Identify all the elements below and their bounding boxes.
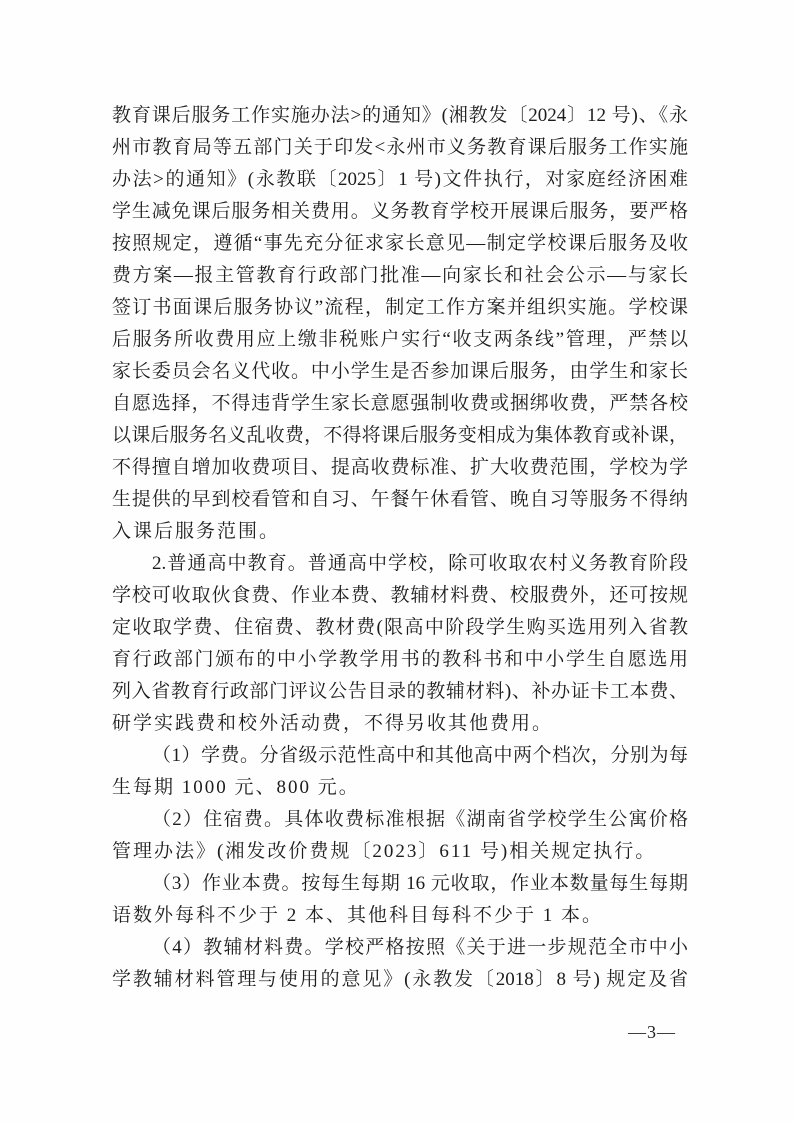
text-line: 研学实践费和校外活动费，不得另收其他费用。 — [112, 708, 688, 740]
text-line: 教育课后服务工作实施办法>的通知》(湘教发〔2024〕12 号)、《永 — [112, 100, 688, 132]
text-line: （2）住宿费。具体收费标准根据《湖南省学校学生公寓价格 — [112, 804, 688, 836]
text-line: 学校可收取伙食费、作业本费、教辅材料费、校服费外，还可按规 — [112, 580, 688, 612]
text-line: 学生减免课后服务相关费用。义务教育学校开展课后服务，要严格 — [112, 196, 688, 228]
text-line: 生每期 1000 元、800 元。 — [112, 772, 688, 804]
text-line: 签订书面课后服务协议”流程，制定工作方案并组织实施。学校课 — [112, 292, 688, 324]
text-line: 后服务所收费用应上缴非税账户实行“收支两条线”管理，严禁以 — [112, 324, 688, 356]
text-line: 生提供的早到校看管和自习、午餐午休看管、晚自习等服务不得纳 — [112, 484, 688, 516]
text-line: 入课后服务范围。 — [112, 516, 688, 548]
text-line: 办法>的通知》(永教联〔2025〕1 号)文件执行，对家庭经济困难 — [112, 164, 688, 196]
text-line: 管理办法》(湘发改价费规〔2023〕611 号)相关规定执行。 — [112, 836, 688, 868]
text-line: 按照规定，遵循“事先充分征求家长意见—制定学校课后服务及收 — [112, 228, 688, 260]
text-line: 2.普通高中教育。普通高中学校，除可收取农村义务教育阶段 — [112, 548, 688, 580]
text-line: （3）作业本费。按每生每期 16 元收取，作业本数量每生每期 — [112, 868, 688, 900]
text-line: 语数外每科不少于 2 本、其他科目每科不少于 1 本。 — [112, 900, 688, 932]
text-line: 育行政部门颁布的中小学教学用书的教科书和中小学生自愿选用 — [112, 644, 688, 676]
text-line: 费方案—报主管教育行政部门批准—向家长和社会公示—与家长 — [112, 260, 688, 292]
text-line: 学教辅材料管理与使用的意见》(永教发〔2018〕8 号) 规定及省 — [112, 964, 688, 996]
text-line: （4）教辅材料费。学校严格按照《关于进一步规范全市中小 — [112, 932, 688, 964]
text-line: 自愿选择，不得违背学生家长意愿强制收费或捆绑收费，严禁各校 — [112, 388, 688, 420]
text-line: 以课后服务名义乱收费，不得将课后服务变相成为集体教育或补课， — [112, 420, 688, 452]
text-line: 列入省教育行政部门评议公告目录的教辅材料)、补办证卡工本费、 — [112, 676, 688, 708]
text-line: 不得擅自增加收费项目、提高收费标准、扩大收费范围，学校为学 — [112, 452, 688, 484]
text-line: 州市教育局等五部门关于印发<永州市义务教育课后服务工作实施 — [112, 132, 688, 164]
text-line: （1）学费。分省级示范性高中和其他高中两个档次，分别为每 — [112, 740, 688, 772]
text-line: 家长委员会名义代收。中小学生是否参加课后服务，由学生和家长 — [112, 356, 688, 388]
text-line: 定收取学费、住宿费、教材费(限高中阶段学生购买选用列入省教 — [112, 612, 688, 644]
document-body: 教育课后服务工作实施办法>的通知》(湘教发〔2024〕12 号)、《永州市教育局… — [112, 100, 688, 996]
page-number: —3— — [628, 1020, 676, 1044]
document-page: 教育课后服务工作实施办法>的通知》(湘教发〔2024〕12 号)、《永州市教育局… — [0, 0, 793, 1122]
